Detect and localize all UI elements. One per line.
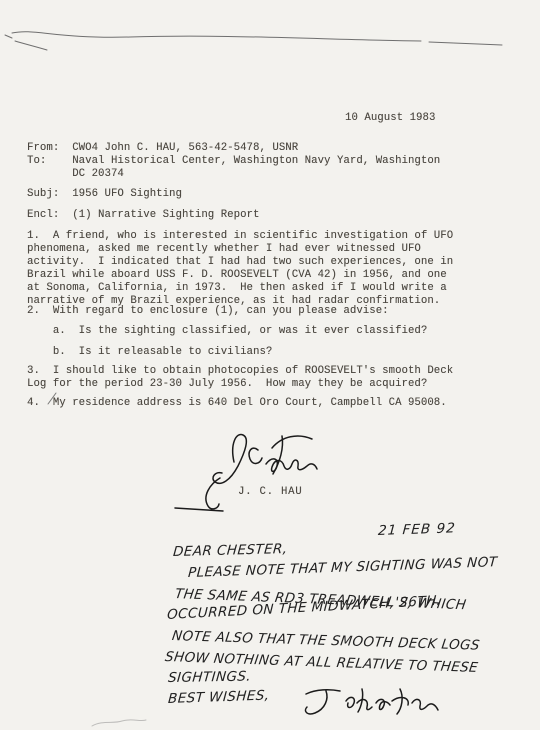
text-line: 3. I should like to obtain photocopies o… — [27, 365, 453, 378]
text-line: From: CWO4 John C. HAU, 563-42-5478, USN… — [27, 142, 440, 155]
text-line: at Sonoma, California, in 1973. He then … — [27, 282, 453, 295]
bottom-edge-faint-mark — [88, 716, 152, 730]
signature-typed-name: J. C. HAU — [238, 486, 302, 499]
text-line: phenomena, asked me recently whether I h… — [27, 243, 453, 256]
address-block: From: CWO4 John C. HAU, 563-42-5478, USN… — [27, 142, 440, 181]
enclosure-line: Encl: (1) Narrative Sighting Report — [27, 209, 259, 222]
text-line: 1. A friend, who is interested in scient… — [27, 230, 453, 243]
text-line: activity. I indicated that I had had two… — [27, 256, 453, 269]
paragraph-3: 3. I should like to obtain photocopies o… — [27, 365, 453, 391]
text-line: Brazil while aboard USS F. D. ROOSEVELT … — [27, 269, 453, 282]
item-b: b. Is it releasable to civilians? — [27, 346, 272, 359]
scan-crease-line — [0, 0, 540, 60]
text-line: DC 20374 — [27, 168, 440, 181]
scanned-letter-page: 10 August 1983 From: CWO4 John C. HAU, 5… — [0, 0, 540, 730]
paragraph-2: 2. With regard to enclosure (1), can you… — [27, 305, 389, 318]
letter-date: 10 August 1983 — [345, 112, 435, 125]
item-a: a. Is the sighting classified, or was it… — [27, 325, 427, 338]
paragraph-4: 4. My residence address is 640 Del Oro C… — [27, 397, 447, 410]
handwritten-note: DEAR CHESTER,PLEASE NOTE THAT MY SIGHTIN… — [162, 542, 540, 710]
subject-line: Subj: 1956 UFO Sighting — [27, 188, 182, 201]
text-line: To: Naval Historical Center, Washington … — [27, 155, 440, 168]
text-line: Log for the period 23-30 July 1956. How … — [27, 378, 453, 391]
paragraph-1: 1. A friend, who is interested in scient… — [27, 230, 453, 308]
handwritten-signature-jc-hau — [160, 426, 330, 521]
